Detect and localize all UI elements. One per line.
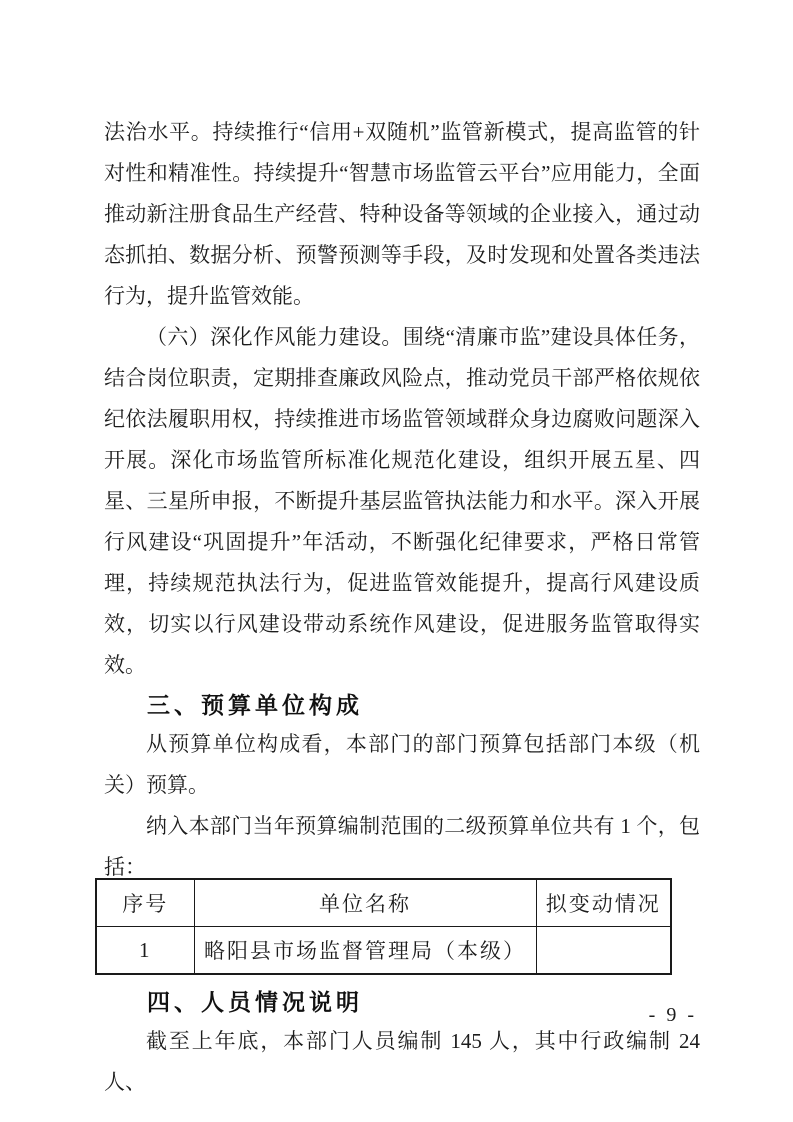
paragraph-continuation: 法治水平。持续推行“信用+双随机”监管新模式，提高监管的针对性和精准性。持续提升… [104, 112, 700, 317]
cell-serial-number: 1 [96, 927, 194, 975]
table-header-proposed-change: 拟变动情况 [536, 879, 671, 927]
paragraph-budget-units: 从预算单位构成看，本部门的部门预算包括部门本级（机关）预算。 [104, 724, 700, 806]
table-row: 1 略阳县市场监督管理局（本级） [96, 927, 671, 975]
cell-proposed-change [536, 927, 671, 975]
paragraph-staffing: 截至上年底，本部门人员编制 145 人，其中行政编制 24 人、 [104, 1021, 700, 1103]
document-page: 法治水平。持续推行“信用+双随机”监管新模式，提高监管的针对性和精准性。持续提升… [0, 0, 793, 1122]
cell-unit-name: 略阳县市场监督管理局（本级） [194, 927, 536, 975]
page-content: 法治水平。持续推行“信用+双随机”监管新模式，提高监管的针对性和精准性。持续提升… [104, 112, 700, 1103]
section-heading-budget-unit-composition: 三、预算单位构成 [104, 688, 700, 722]
table-header-row: 序号 单位名称 拟变动情况 [96, 879, 671, 927]
table-header-unit-name: 单位名称 [194, 879, 536, 927]
paragraph-secondary-units: 纳入本部门当年预算编制范围的二级预算单位共有 1 个，包括： [104, 806, 700, 888]
budget-unit-table: 序号 单位名称 拟变动情况 1 略阳县市场监督管理局（本级） [95, 878, 672, 975]
page-number: - 9 - [649, 1004, 697, 1027]
section-heading-personnel-situation: 四、人员情况说明 [104, 985, 700, 1019]
paragraph-item-6-work-style: （六）深化作风能力建设。围绕“清廉市监”建设具体任务，结合岗位职责，定期排查廉政… [104, 317, 700, 686]
